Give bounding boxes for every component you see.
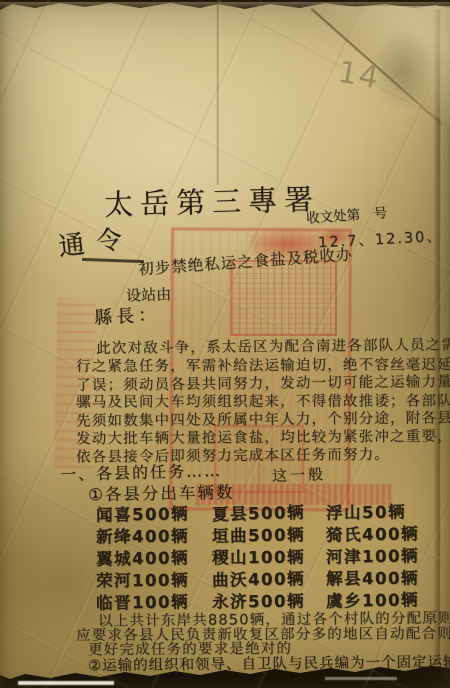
document-title: 太岳第三專署 bbox=[104, 177, 321, 224]
document-photo: 14 太岳第三專署 收文处第 号 12.7、12.30、 通令 初步禁绝私运之食… bbox=[0, 0, 450, 688]
salutation: 縣長： bbox=[93, 300, 160, 329]
item-line: ②运输的组织和领导、自卫队与民兵编为一个固定运输队装入 bbox=[88, 650, 450, 675]
bottom-edge-highlight bbox=[325, 677, 397, 680]
bottom-edge-highlight bbox=[18, 681, 114, 685]
pencil-page-number: 14 bbox=[335, 55, 383, 97]
section-note: 这一般 bbox=[272, 463, 327, 486]
